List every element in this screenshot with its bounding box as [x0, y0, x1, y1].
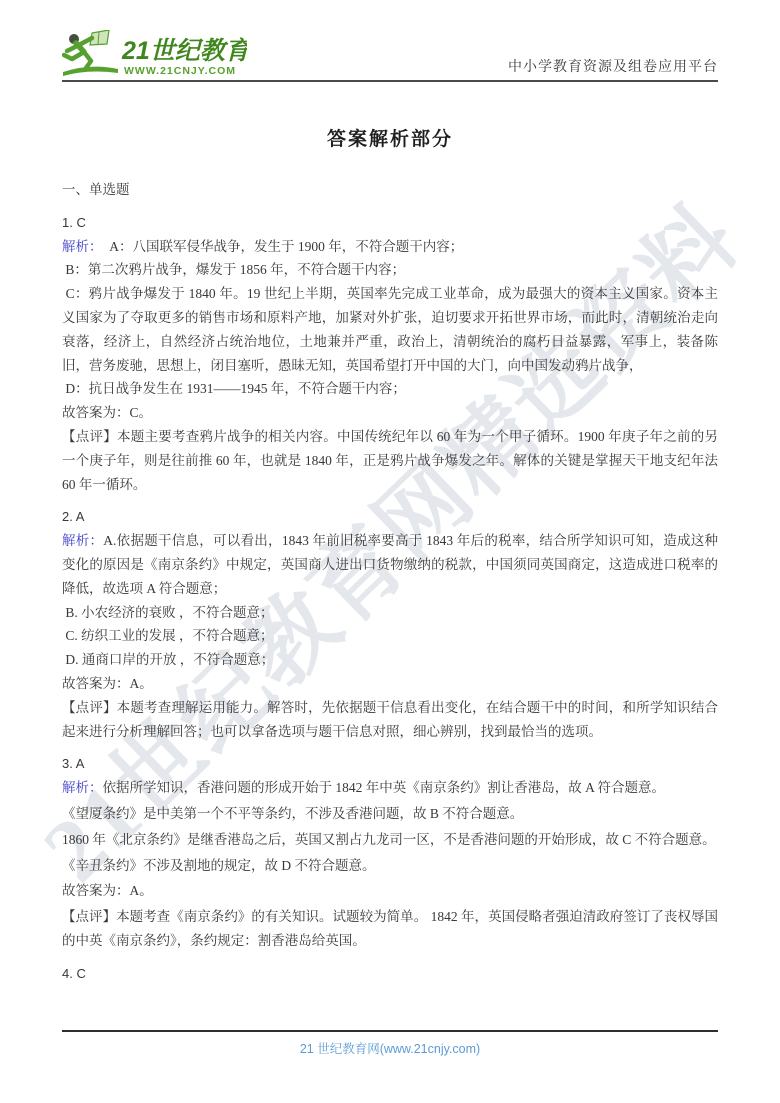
final-answer-line: 故答案为：A。 [62, 879, 718, 903]
analysis-text: A：八国联军侵华战争，发生于 1900 年，不符合题干内容； [103, 239, 464, 254]
platform-label: 中小学教育资源及组卷应用平台 [508, 56, 718, 80]
analysis-paragraph: 解析：A.依据题干信息，可以看出，1843 年前旧税率要高于 1843 年后的税… [62, 529, 718, 600]
option-b-line: B：第二次鸦片战争，爆发于 1856 年，不符合题干内容； [62, 258, 718, 282]
analysis-paragraph: 解析：依据所学知识，香港问题的形成开始于 1842 年中英《南京条约》割让香港岛… [62, 776, 718, 800]
treaty-c-line: 1860 年《北京条约》是继香港岛之后，英国又割占九龙司一区，不是香港问题的开始… [62, 828, 718, 852]
analysis-text: 依据所学知识，香港问题的形成开始于 1842 年中英《南京条约》割让香港岛，故 … [103, 780, 666, 795]
analysis-label: 解析： [62, 239, 103, 254]
comment-paragraph: 【点评】本题主要考查鸦片战争的相关内容。中国传统纪年以 60 年为一个甲子循环。… [62, 425, 718, 496]
analysis-label: 解析： [62, 533, 103, 548]
brand-url: WWW.21CNJY.COM [124, 65, 236, 77]
analysis-paragraph: 解析： A：八国联军侵华战争，发生于 1900 年，不符合题干内容； [62, 235, 718, 259]
document-content: 答案解析部分 一、单选题 1. C 解析： A：八国联军侵华战争，发生于 190… [62, 128, 718, 986]
question-block-3: 3. A 解析：依据所学知识，香港问题的形成开始于 1842 年中英《南京条约》… [62, 752, 718, 952]
answer-line: 1. C [62, 211, 718, 235]
brand-logo: 21世纪教育 WWW.21CNJY.COM [62, 30, 247, 80]
page-header: 21世纪教育 WWW.21CNJY.COM 中小学教育资源及组卷应用平台 [62, 34, 718, 80]
option-b-line: B. 小农经济的衰败 ，不符合题意； [62, 601, 718, 625]
treaty-d-line: 《辛丑条约》不涉及割地的规定，故 D 不符合题意。 [62, 854, 718, 878]
footer-rule [62, 1030, 718, 1032]
option-c-line: C：鸦片战争爆发于 1840 年。19 世纪上半期，英国率先完成工业革命，成为最… [62, 282, 718, 377]
option-d-line: D. 通商口岸的开放 ，不符合题意； [62, 648, 718, 672]
analysis-label: 解析： [62, 780, 103, 795]
final-answer-line: 故答案为：C。 [62, 401, 718, 425]
analysis-text: A.依据题干信息，可以看出，1843 年前旧税率要高于 1843 年后的税率，结… [62, 533, 718, 596]
comment-paragraph: 【点评】本题考查理解运用能力。解答时，先依据题干信息看出变化，在结合题干中的时间… [62, 696, 718, 744]
section-heading: 一、单选题 [62, 178, 718, 202]
footer-link[interactable]: 21 世纪教育网(www.21cnjy.com) [300, 1039, 480, 1057]
document-page: 21世纪教育网精选资料 21世纪教育 WWW.21CNJY.COM [0, 0, 780, 1103]
treaty-b-line: 《望厦条约》是中美第一个不平等条约，不涉及香港问题，故 B 不符合题意。 [62, 802, 718, 826]
question-block-4: 4. C [62, 962, 718, 986]
brand-name: 21世纪教育 [121, 37, 247, 65]
answer-line: 3. A [62, 752, 718, 776]
page-footer: 21 世纪教育网(www.21cnjy.com) [62, 1030, 718, 1058]
comment-paragraph: 【点评】本题考查《南京条约》的有关知识。试题较为简单。 1842 年，英国侵略者… [62, 905, 718, 953]
runner-logo-icon: 21世纪教育 WWW.21CNJY.COM [62, 30, 247, 80]
option-d-line: D：抗日战争发生在 1931——1945 年，不符合题干内容； [62, 377, 718, 401]
option-c-line: C. 纺织工业的发展 ，不符合题意； [62, 624, 718, 648]
answer-line: 2. A [62, 505, 718, 529]
header-rule [62, 80, 718, 82]
answer-line: 4. C [62, 962, 718, 986]
question-block-1: 1. C 解析： A：八国联军侵华战争，发生于 1900 年，不符合题干内容； … [62, 211, 718, 497]
page-title: 答案解析部分 [62, 128, 718, 152]
question-block-2: 2. A 解析：A.依据题干信息，可以看出，1843 年前旧税率要高于 1843… [62, 505, 718, 743]
final-answer-line: 故答案为：A。 [62, 672, 718, 696]
